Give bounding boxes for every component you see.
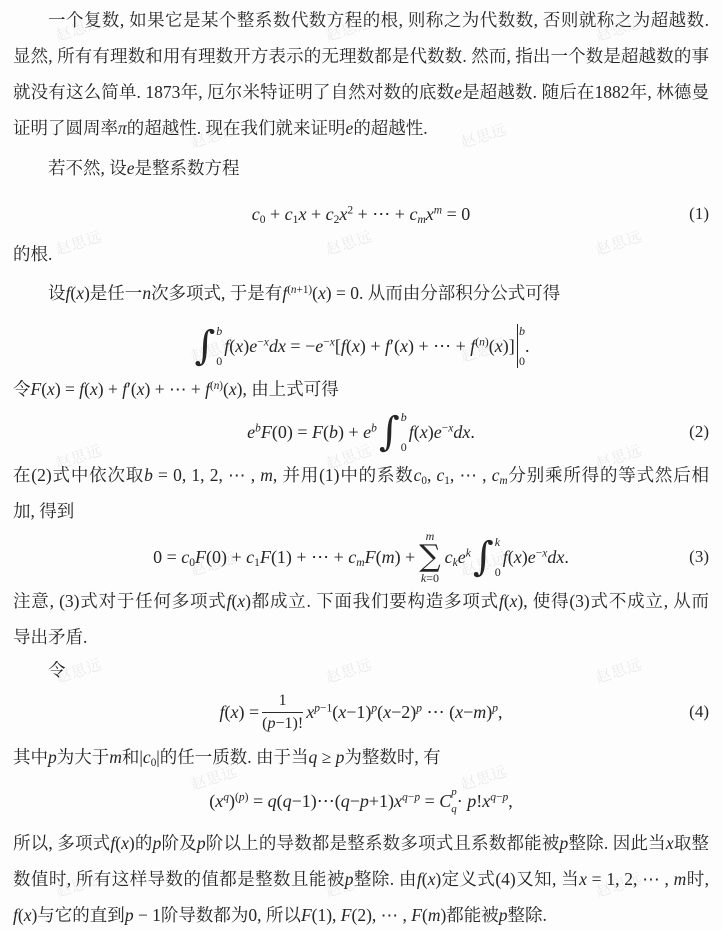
equation-body: c0 + c1x + c2x2 + ⋯ + cmxm = 0 bbox=[252, 204, 471, 225]
paragraph-prime-condition: 其中p为大于m和|c0|的任一质数. 由于当q ≥ p为整数时, 有 bbox=[0, 739, 722, 775]
paragraph-polynomial-setup: 设f(x)是任一n次多项式, 于是有f(n+1)(x) = 0. 从而由分部积分… bbox=[0, 275, 722, 311]
text-line: 其中p为大于m和|c0|的任一质数. 由于当q ≥ p为整数时, 有 bbox=[13, 739, 709, 775]
equation-body: ckek bbox=[445, 547, 471, 568]
equation-body: f(x) = bbox=[220, 702, 260, 723]
equation-number: (2) bbox=[689, 422, 709, 442]
equation-1: c0 + c1x + c2x2 + ⋯ + cmxm = 0 (1) bbox=[0, 192, 722, 236]
equation-integration-by-parts: ∫ b 0 f(x)e−xdx = −e−x[f(x) + f′(x) + ⋯ … bbox=[0, 323, 722, 369]
paragraph-define-F: 令F(x) = f(x) + f′(x) + ⋯ + f(n)(x), 由上式可… bbox=[0, 371, 722, 407]
equation-body: f(x)e−xdx. bbox=[503, 547, 569, 568]
text-line: 加, 得到 bbox=[13, 493, 709, 529]
text-line: 令 bbox=[13, 655, 709, 685]
equation-number: (3) bbox=[689, 547, 709, 567]
fraction-denominator: (p−1)! bbox=[262, 713, 303, 734]
text-line: 证明了圆周率π的超越性. 现在我们就来证明e的超越性. bbox=[13, 110, 709, 146]
text-line: 设f(x)是任一n次多项式, 于是有f(n+1)(x) = 0. 从而由分部积分… bbox=[13, 275, 709, 311]
integral-upper-limit: b bbox=[401, 411, 407, 423]
summation-lower-limit: k=0 bbox=[421, 572, 439, 584]
evaluation-lower-limit: 0 bbox=[519, 355, 525, 367]
text-line: 令F(x) = f(x) + f′(x) + ⋯ + f(n)(x), 由上式可… bbox=[13, 371, 709, 407]
fraction: 1 (p−1)! bbox=[262, 691, 303, 734]
equation-4: f(x) = 1 (p−1)! xp−1(x−1)p(x−2)p ⋯ (x−m)… bbox=[0, 689, 722, 735]
equation-body: ebF(0) = F(b) + eb bbox=[247, 422, 377, 443]
document-page: 赵思远赵思远赵思远赵思远赵思远赵思远赵思远赵思远赵思远赵思远赵思远赵思远赵思远赵… bbox=[0, 0, 722, 930]
integral-lower-limit: 0 bbox=[401, 441, 407, 453]
integral-limits: b 0 bbox=[215, 324, 222, 368]
equation-2: ebF(0) = F(b) + eb ∫ b 0 f(x)e−xdx. (2) bbox=[0, 409, 722, 455]
equation-body: f(x)e−xdx. bbox=[409, 422, 475, 443]
equation-derivative-power: (xq)(p) = q(q−1)⋯(q−p+1)xq−p = C p q · p… bbox=[0, 779, 722, 823]
evaluation-bar: b 0 bbox=[517, 324, 525, 368]
integral-symbol: ∫ bbox=[194, 323, 215, 369]
equation-body: xp−1(x−1)p(x−2)p ⋯ (x−m)p, bbox=[306, 702, 502, 723]
text-line: 一个复数, 如果它是某个整系数代数方程的根, 则称之为代数数, 否则就称之为超越… bbox=[13, 2, 709, 38]
paragraph-conclusion: 所以, 多项式f(x)的p阶及p阶以上的导数都是整系数多项式且系数都能被p整除.… bbox=[0, 825, 722, 930]
text-line: 导出矛盾. bbox=[13, 619, 709, 655]
integral: ∫ b 0 bbox=[194, 323, 222, 369]
paragraph-note: 注意, (3)式对于任何多项式f(x)都成立. 下面我们要构造多项式f(x), … bbox=[0, 583, 722, 655]
paragraph-substitute: 在(2)式中依次取b = 0, 1, 2, ⋯ , m, 并用(1)中的系数c0… bbox=[0, 457, 722, 529]
equation-number: (1) bbox=[689, 204, 709, 224]
equation-3: 0 = c0F(0) + c1F(1) + ⋯ + cmF(m) + m ∑ k… bbox=[0, 531, 722, 583]
integral-upper-limit: b bbox=[216, 325, 222, 337]
integral-lower-limit: 0 bbox=[495, 566, 501, 578]
paragraph-assumption: 若不然, 设e是整系数方程 bbox=[0, 150, 722, 186]
summation: m ∑ k=0 bbox=[419, 530, 440, 584]
equation-body: · p!xq−p, bbox=[457, 791, 513, 812]
text-line: 注意, (3)式对于任何多项式f(x)都成立. 下面我们要构造多项式f(x), … bbox=[13, 583, 709, 619]
text-line: 在(2)式中依次取b = 0, 1, 2, ⋯ , m, 并用(1)中的系数c0… bbox=[13, 457, 709, 493]
integral-upper-limit: k bbox=[495, 536, 501, 548]
equation-body: 0 = c0F(0) + c1F(1) + ⋯ + cmF(m) + bbox=[153, 547, 415, 568]
integral-lower-limit: 0 bbox=[216, 355, 222, 367]
integral-limits: k 0 bbox=[494, 535, 501, 579]
evaluation-bar-limits: b 0 bbox=[518, 324, 525, 368]
equation-period: . bbox=[525, 336, 530, 357]
document-content: 一个复数, 如果它是某个整系数代数方程的根, 则称之为代数数, 否则就称之为超越… bbox=[0, 2, 722, 930]
integral-symbol: ∫ bbox=[379, 409, 400, 455]
text-line: 显然, 所有有理数和用有理数开方表示的无理数都是代数数. 然而, 指出一个数是超… bbox=[13, 38, 709, 74]
text-line: 所以, 多项式f(x)的p阶及p阶以上的导数都是整系数多项式且系数都能被p整除.… bbox=[13, 825, 709, 861]
equation-body: (xq)(p) = q(q−1)⋯(q−p+1)xq−p = C bbox=[209, 791, 451, 812]
paragraph-let: 令 bbox=[0, 655, 722, 685]
fraction-numerator: 1 bbox=[262, 691, 303, 713]
integral: ∫ k 0 bbox=[473, 534, 501, 580]
integral-limits: b 0 bbox=[400, 410, 407, 454]
summation-symbol: ∑ bbox=[419, 542, 440, 572]
text-line: 若不然, 设e是整系数方程 bbox=[13, 150, 709, 186]
text-line: 就没有这么简单. 1873年, 厄尔米特证明了自然对数的底数e是超越数. 随后在… bbox=[13, 74, 709, 110]
paragraph-root: 的根. bbox=[0, 236, 722, 272]
equation-body: f(x)e−xdx = −e−x[f(x) + f′(x) + ⋯ + f(n)… bbox=[224, 336, 514, 357]
text-line: 数值时, 所有这样导数的值都是整数且能被p整除. 由f(x)定义式(4)又知, … bbox=[13, 861, 709, 897]
integral-symbol: ∫ bbox=[473, 534, 494, 580]
equation-number: (4) bbox=[689, 702, 709, 722]
integral: ∫ b 0 bbox=[379, 409, 407, 455]
paragraph-intro: 一个复数, 如果它是某个整系数代数方程的根, 则称之为代数数, 否则就称之为超越… bbox=[0, 2, 722, 146]
text-line: 的根. bbox=[13, 236, 709, 272]
text-line: f(x)与它的直到p − 1阶导数都为0, 所以F(1), F(2), ⋯ , … bbox=[13, 897, 709, 930]
